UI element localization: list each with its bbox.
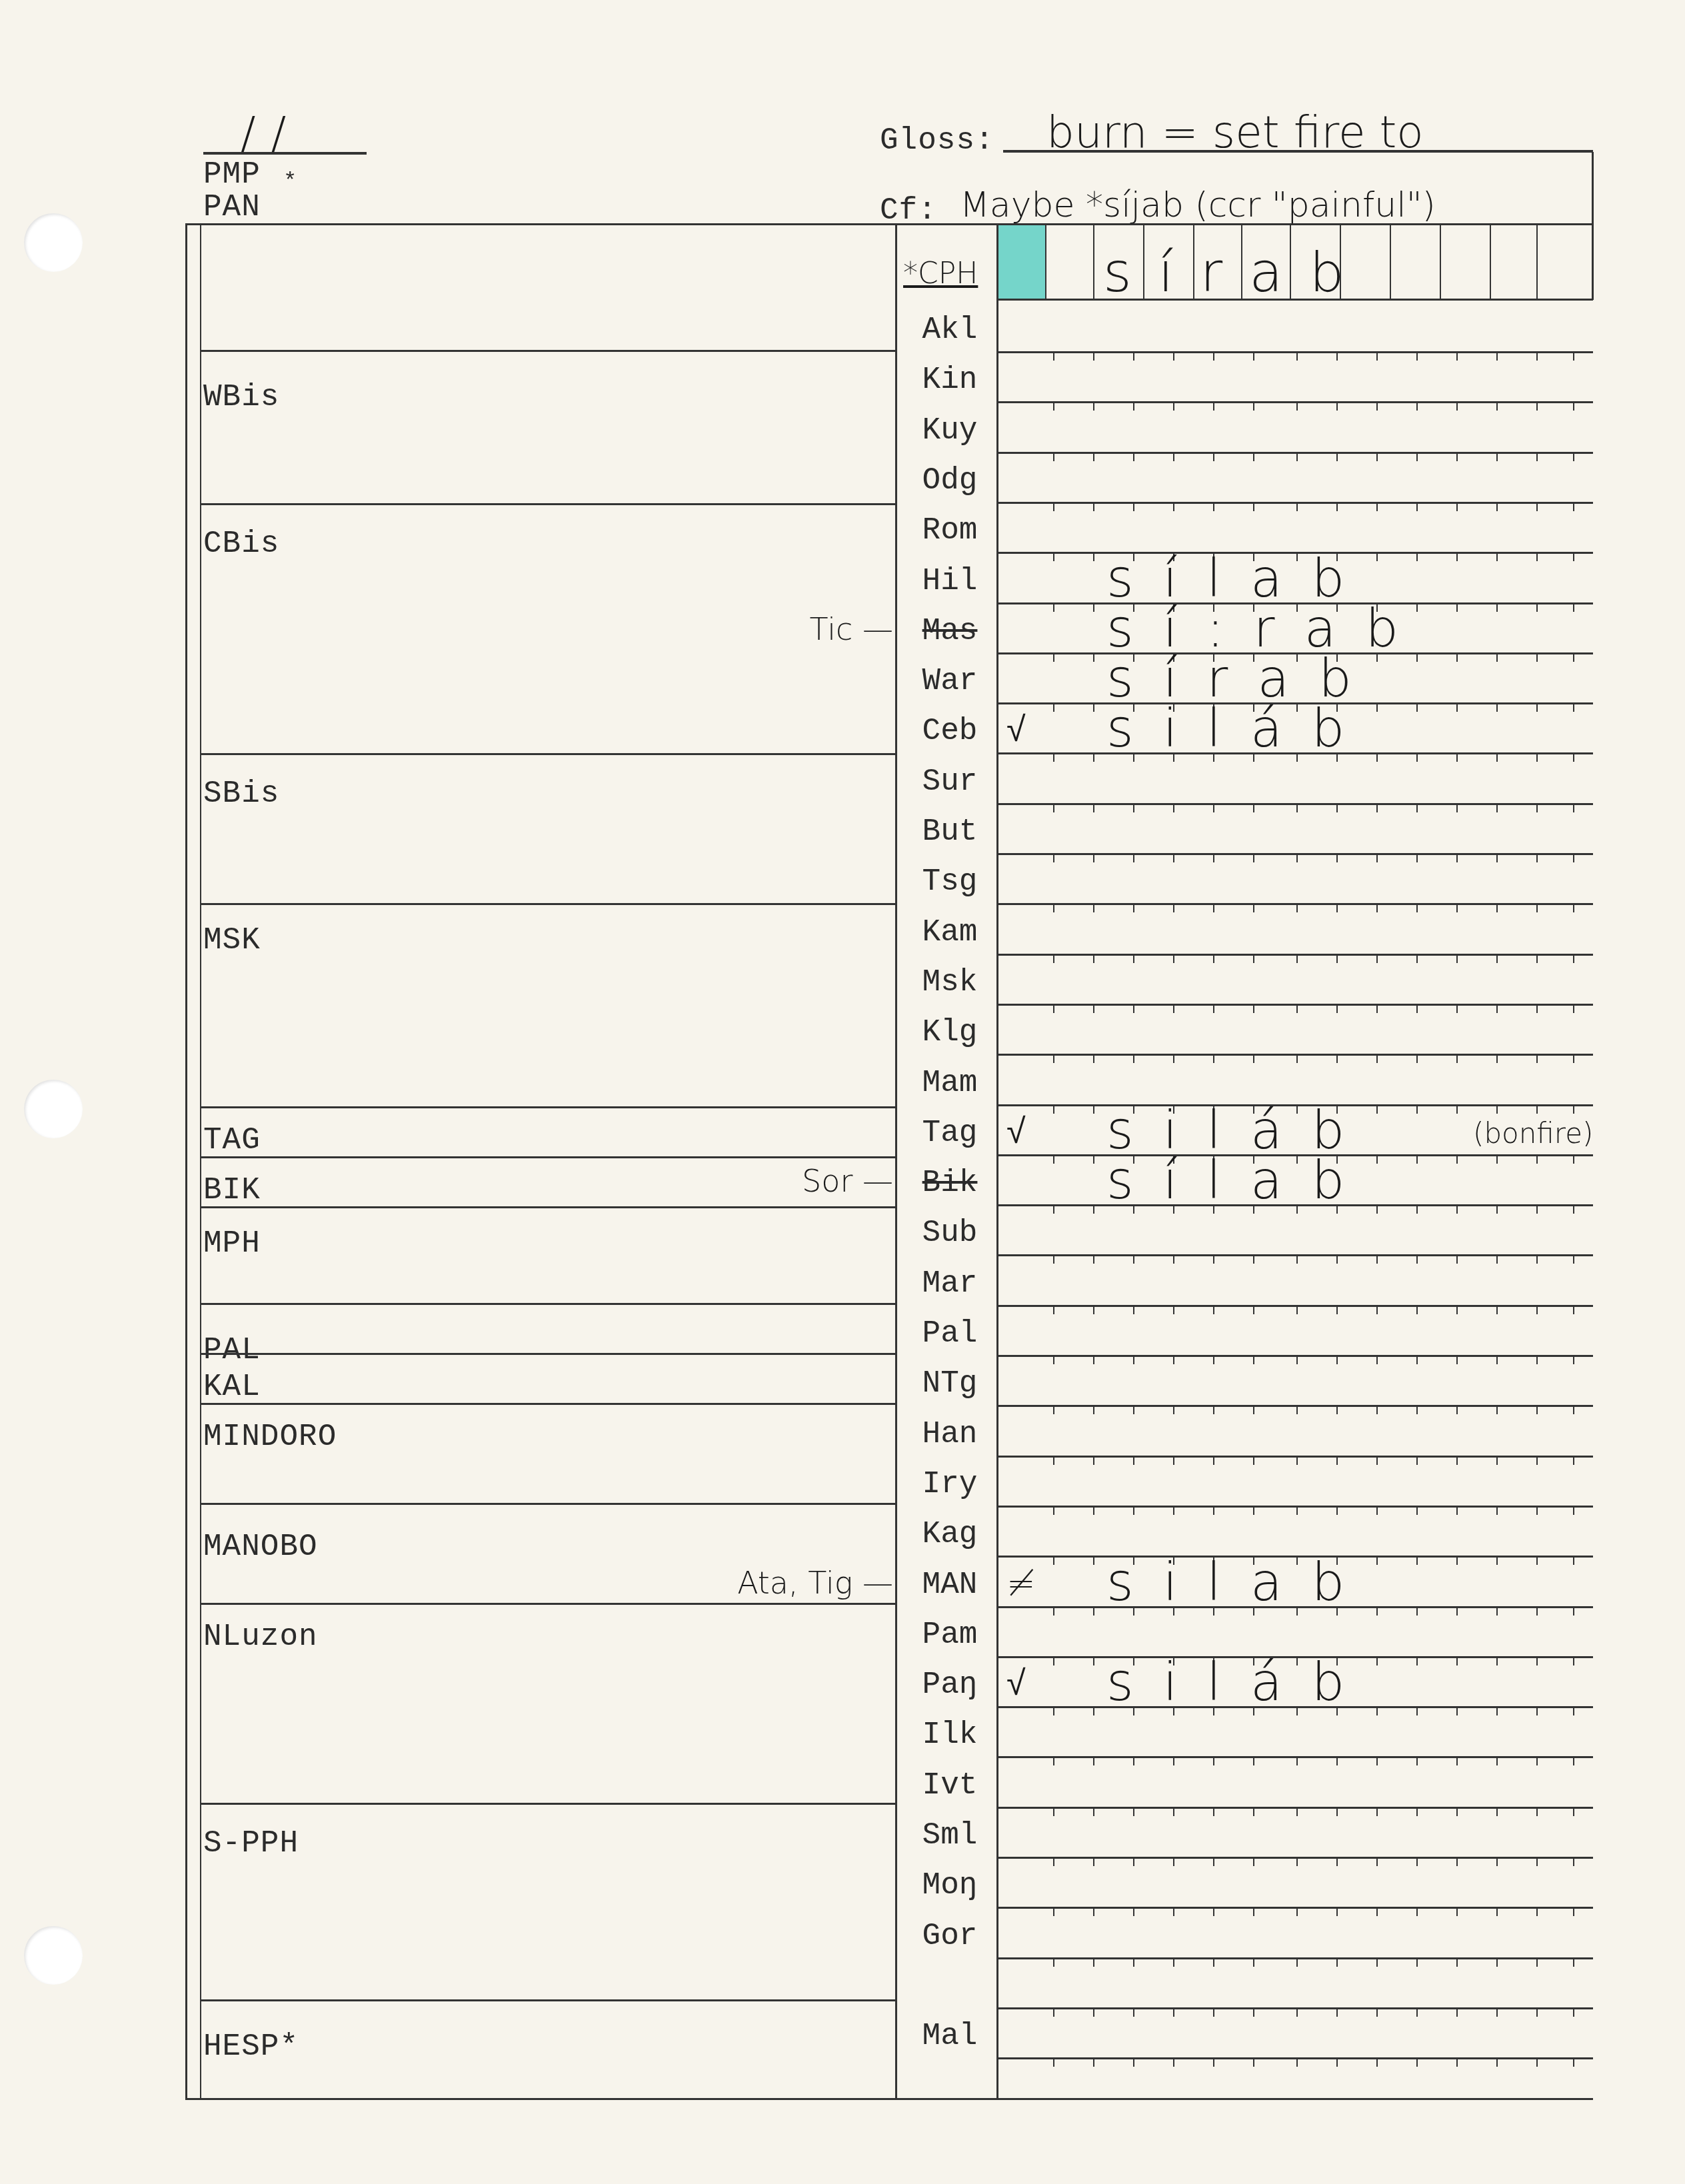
tick-mark [1093,652,1094,662]
tick-mark [1416,1857,1418,1866]
entry-row-line [998,1254,1593,1256]
tick-mark [1053,1355,1054,1364]
tick-mark [1536,752,1538,762]
tick-mark [1173,2007,1174,2017]
tick-mark [1053,1857,1054,1866]
cph-cell-divider [1536,225,1538,300]
tick-mark [1536,853,1538,862]
cph-cell-divider [1440,225,1441,300]
language-code: Klg [900,1015,1000,1050]
tick-mark [1573,1004,1574,1013]
tick-mark [1173,803,1174,812]
tick-mark [1296,1907,1298,1916]
tick-mark [1376,2057,1378,2067]
tick-mark [1496,552,1498,561]
reflex-form[interactable]: siláb [1106,1653,1374,1713]
tick-mark [1456,1154,1458,1164]
tick-mark [1133,853,1134,862]
tick-mark [1133,1456,1134,1465]
tick-mark [1496,1556,1498,1565]
tick-mark [1093,452,1094,461]
tick-mark [1496,452,1498,461]
tick-mark [1053,1807,1054,1816]
tick-mark [1133,1957,1134,1967]
tick-mark [1496,1254,1498,1264]
tick-mark [1416,1054,1418,1063]
tick-mark [1253,803,1254,812]
tick-mark [1573,452,1574,461]
tick-mark [1093,502,1094,511]
group-label: MSK [203,923,261,958]
tick-mark [1416,1907,1418,1916]
entry-row-line [998,1305,1593,1307]
language-code: Hil [900,564,1000,598]
language-replacement-note: Sor — [802,1163,893,1199]
tick-mark [1456,1606,1458,1616]
entry-row-line [998,1857,1593,1859]
tick-mark [1173,1907,1174,1916]
tick-mark [1376,1957,1378,1967]
tick-mark [1573,702,1574,712]
tick-mark [1173,1957,1174,1967]
tick-mark [1053,2057,1054,2067]
pmp-star: * [283,169,297,195]
tick-mark [1456,1756,1458,1765]
tick-mark [1213,1756,1214,1765]
tick-mark [1336,1405,1338,1414]
tick-mark [1093,903,1094,912]
tick-mark [1173,1054,1174,1063]
tick-mark [1573,1857,1574,1866]
tick-mark [1296,2057,1298,2067]
tick-mark [1213,452,1214,461]
tick-mark [1573,1254,1574,1264]
tick-mark [1336,803,1338,812]
tick-mark [1093,1807,1094,1816]
tick-mark [1496,1807,1498,1816]
language-code: Sub [900,1216,1000,1250]
tick-mark [1496,602,1498,612]
tick-mark [1133,903,1134,912]
tick-mark [1496,1606,1498,1616]
tick-mark [1253,1756,1254,1765]
language-code: Iry [900,1467,1000,1502]
tick-mark [1296,1254,1298,1264]
tick-mark [1173,351,1174,361]
tick-mark [1496,1907,1498,1916]
tick-mark [1376,803,1378,812]
tick-mark [1296,1004,1298,1013]
language-code: NTg [900,1366,1000,1401]
tick-mark [1336,1756,1338,1765]
reflex-note: (bonfire) [1473,1117,1593,1150]
tick-mark [1093,1305,1094,1314]
tick-mark [1573,1556,1574,1565]
tick-mark [1173,1807,1174,1816]
cf-value[interactable]: Maybe *síjab (ccr "painful") [960,185,1436,225]
tick-mark [1573,1656,1574,1665]
tick-mark [1296,1857,1298,1866]
tick-mark [1496,1054,1498,1063]
tick-mark [1416,1305,1418,1314]
tick-mark [1536,452,1538,461]
tick-mark [1376,1907,1378,1916]
tick-mark [1133,1305,1134,1314]
tick-mark [1093,1606,1094,1616]
tick-mark [1053,1656,1054,1665]
language-code: Moŋ [900,1868,1000,1903]
tick-mark [1536,1154,1538,1164]
tick-mark [1253,853,1254,862]
group-label: TAG [203,1123,261,1158]
tick-mark [1456,903,1458,912]
language-code: Tsg [900,864,1000,899]
tick-mark [1173,1254,1174,1264]
tick-mark [1296,1355,1298,1364]
tick-mark [1336,452,1338,461]
group-label: CBis [203,527,279,561]
language-code: Kin [900,363,1000,397]
tick-mark [1133,1907,1134,1916]
tick-mark [1416,401,1418,411]
tick-mark [1573,1506,1574,1515]
tick-mark [1213,1807,1214,1816]
tick-mark [1536,1706,1538,1715]
tick-mark [1093,1706,1094,1715]
tick-mark [1496,1756,1498,1765]
tick-mark [1416,2007,1418,2017]
tick-mark [1573,502,1574,511]
tick-mark [1496,351,1498,361]
tick-mark [1376,1606,1378,1616]
tick-mark [1133,1506,1134,1515]
tick-mark [1253,2007,1254,2017]
tick-mark [1573,1957,1574,1967]
group-divider-line [200,1303,896,1305]
tick-mark [1213,1405,1214,1414]
tick-mark [1416,552,1418,561]
tick-mark [1253,1907,1254,1916]
language-code: Paŋ [900,1667,1000,1702]
tick-mark [1296,1456,1298,1465]
tick-mark [1456,1907,1458,1916]
tick-mark [1053,1506,1054,1515]
tick-mark [1093,1656,1094,1665]
language-code: MAN [900,1568,1000,1602]
tick-mark [1053,1305,1054,1314]
language-code: Han [900,1417,1000,1452]
tick-mark [1253,401,1254,411]
tick-mark [1496,1706,1498,1715]
tick-mark [1573,1054,1574,1063]
group-divider-line [200,1353,896,1355]
tick-mark [1416,702,1418,712]
entry-row-line [998,452,1593,454]
tick-mark [1093,552,1094,561]
tick-mark [1336,2057,1338,2067]
gloss-underline [1003,150,1593,153]
tick-mark [1536,2057,1538,2067]
pmp-label: PMP [203,157,261,192]
tick-mark [1173,1405,1174,1414]
tick-mark [1296,1305,1298,1314]
language-replacement-note: Ata, Tig — [737,1565,893,1601]
tick-mark [1456,602,1458,612]
group-label: S-PPH [203,1826,299,1861]
tick-mark [1456,702,1458,712]
tick-mark [1456,1506,1458,1515]
language-code: Mal [900,2019,1000,2053]
tick-mark [1573,1756,1574,1765]
tick-mark [1253,1405,1254,1414]
group-divider-line [200,753,896,755]
tick-mark [1416,1204,1418,1214]
tick-mark [1053,1907,1054,1916]
tick-mark [1376,903,1378,912]
tick-mark [1456,1405,1458,1414]
tick-mark [1336,1807,1338,1816]
tick-mark [1573,1405,1574,1414]
tick-mark [1376,502,1378,511]
cph-cell-divider [1143,225,1144,300]
tick-mark [1173,401,1174,411]
language-code: Mas [900,614,1000,648]
tick-mark [1053,702,1054,712]
group-label: MINDORO [203,1420,337,1454]
tick-mark [1416,803,1418,812]
tick-mark [1416,1807,1418,1816]
tick-mark [1416,452,1418,461]
cph-cell-divider [1241,225,1242,300]
tick-mark [1496,1857,1498,1866]
tick-mark [1496,1154,1498,1164]
tick-mark [1376,1857,1378,1866]
entry-row-line [998,1807,1593,1809]
entry-row-line [998,903,1593,905]
tick-mark [1496,903,1498,912]
tick-mark [1536,602,1538,612]
tick-mark [1456,1556,1458,1565]
tick-mark [1336,1456,1338,1465]
tick-mark [1496,1305,1498,1314]
table-bottom-border [185,2098,1593,2100]
tick-mark [1093,602,1094,612]
language-code: But [900,814,1000,849]
tick-mark [1253,954,1254,963]
language-code: Pam [900,1618,1000,1652]
tick-mark [1093,752,1094,762]
language-code: Rom [900,513,1000,548]
tick-mark [1296,2007,1298,2017]
tick-mark [1053,1456,1054,1465]
language-code: War [900,664,1000,698]
tick-mark [1093,853,1094,862]
tick-mark [1336,903,1338,912]
tick-mark [1376,853,1378,862]
tick-mark [1093,1456,1094,1465]
tick-mark [1416,903,1418,912]
tick-mark [1253,1506,1254,1515]
tick-mark [1336,502,1338,511]
tick-mark [1496,401,1498,411]
tick-mark [1496,1204,1498,1214]
language-code: Mar [900,1266,1000,1301]
tick-mark [1456,452,1458,461]
tick-mark [1053,954,1054,963]
tick-mark [1456,752,1458,762]
reflex-form[interactable]: siláb [1106,699,1374,759]
tick-mark [1536,1405,1538,1414]
tick-mark [1053,1957,1054,1967]
tick-mark [1456,1857,1458,1866]
tick-mark [1416,1405,1418,1414]
tick-mark [1376,452,1378,461]
reflex-form[interactable]: silab [1106,1553,1374,1613]
tick-mark [1376,954,1378,963]
tick-mark [1456,1656,1458,1665]
tick-mark [1416,1104,1418,1114]
tick-mark [1093,1154,1094,1164]
tick-mark [1296,502,1298,511]
tick-mark [1336,1506,1338,1515]
tick-mark [1536,502,1538,511]
tick-mark [1536,552,1538,561]
entry-row-line [998,1907,1593,1909]
entry-row-line [998,1456,1593,1458]
tick-mark [1053,552,1054,561]
tick-mark [1296,903,1298,912]
tick-mark [1053,752,1054,762]
tick-mark [1336,1857,1338,1866]
cph-highlight [998,225,1045,300]
entry-row-line [998,2057,1593,2059]
group-label: BIK [203,1173,261,1208]
tick-mark [1376,1706,1378,1715]
group-label: HESP* [203,2029,299,2064]
group-label: KAL [203,1370,261,1404]
tick-mark [1536,702,1538,712]
tick-mark [1213,351,1214,361]
tick-mark [1456,853,1458,862]
reflex-form[interactable]: sílab [1106,1151,1374,1211]
tick-mark [1456,401,1458,411]
tick-mark [1496,954,1498,963]
table-left-border [185,223,187,2099]
group-divider-line [200,1999,896,2001]
tick-mark [1296,954,1298,963]
tick-mark [1376,1405,1378,1414]
pan-label: PAN [203,190,261,225]
tick-mark [1573,552,1574,561]
tick-mark [1296,1807,1298,1816]
cph-cell-divider [1290,225,1291,300]
tick-mark [1416,1004,1418,1013]
entry-row-line [998,954,1593,956]
tick-mark [1573,1305,1574,1314]
entry-row-line [998,502,1593,504]
tick-mark [1336,954,1338,963]
tick-mark [1053,903,1054,912]
tick-mark [1456,1355,1458,1364]
tick-mark [1133,1054,1134,1063]
tick-mark [1173,853,1174,862]
tick-mark [1416,853,1418,862]
entry-row-line [998,351,1593,353]
tick-mark [1536,1857,1538,1866]
tick-mark [1456,1054,1458,1063]
tick-mark [1213,1857,1214,1866]
tick-mark [1456,652,1458,662]
checkmark-icon: √ [1006,1663,1026,1703]
tick-mark [1053,1004,1054,1013]
tick-mark [1496,1104,1498,1114]
group-divider-line [200,1156,896,1158]
group-label: WBis [203,380,279,415]
tick-mark [1376,351,1378,361]
tick-mark [1253,903,1254,912]
tick-mark [1496,1456,1498,1465]
tick-mark [1496,1355,1498,1364]
tick-mark [1173,452,1174,461]
cph-cell-divider [1390,225,1391,300]
tick-mark [1213,1506,1214,1515]
tick-mark [1053,1556,1054,1565]
tick-mark [1536,1305,1538,1314]
language-code: Bik [900,1166,1000,1200]
tick-mark [1173,1355,1174,1364]
tick-mark [1053,1606,1054,1616]
binder-hole [24,213,83,272]
tick-mark [1536,652,1538,662]
tick-mark [1053,652,1054,662]
tick-mark [1053,401,1054,411]
tick-mark [1213,853,1214,862]
tick-mark [1336,853,1338,862]
tick-mark [1053,1204,1054,1214]
entry-row-line [998,803,1593,805]
tick-mark [1376,1807,1378,1816]
tick-mark [1133,1355,1134,1364]
tick-mark [1133,452,1134,461]
tick-mark [1536,1456,1538,1465]
tick-mark [1213,1305,1214,1314]
tick-mark [1376,1656,1378,1665]
tick-mark [1213,1907,1214,1916]
tick-mark [1416,1957,1418,1967]
tick-mark [1093,1254,1094,1264]
tick-mark [1213,954,1214,963]
tick-mark [1053,853,1054,862]
tick-mark [1173,2057,1174,2067]
tick-mark [1496,1656,1498,1665]
group-divider-line [200,1803,896,1805]
entry-row-line [998,1405,1593,1407]
entry-row-line [998,1355,1593,1357]
tick-mark [1133,351,1134,361]
entry-row-line [998,1054,1593,1056]
tick-mark [1093,1857,1094,1866]
tick-mark [1173,1305,1174,1314]
tick-mark [1376,2007,1378,2017]
checkmark-icon: √ [1006,710,1026,750]
tick-mark [1536,1756,1538,1765]
tick-mark [1296,452,1298,461]
tick-mark [1376,1004,1378,1013]
tick-mark [1573,1706,1574,1715]
tick-mark [1416,1355,1418,1364]
tick-mark [1213,2007,1214,2017]
tick-mark [1376,1254,1378,1264]
